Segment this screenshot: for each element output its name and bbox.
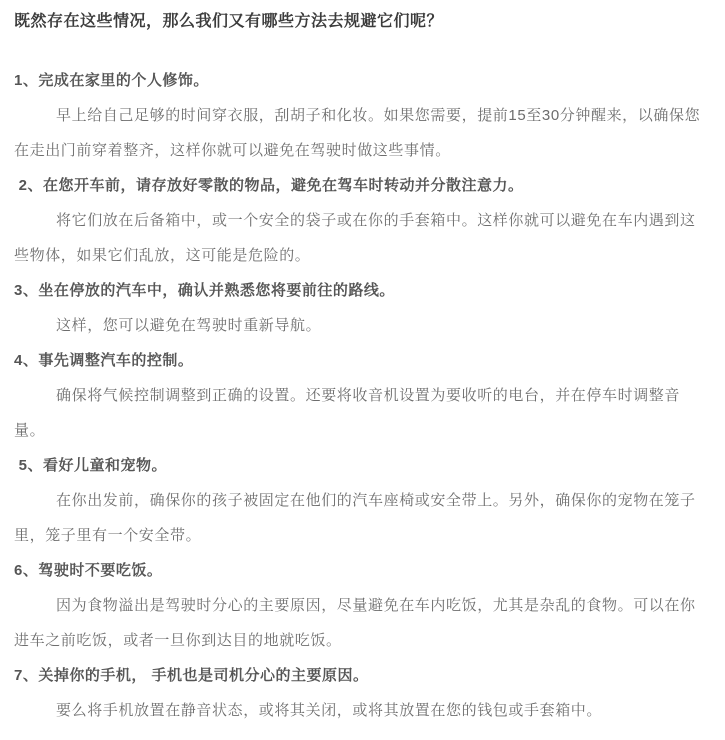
- section-heading: 4、事先调整汽车的控制。: [14, 343, 707, 378]
- section-heading: 2、在您开车前，请存放好零散的物品，避免在驾车时转动并分散注意力。: [14, 168, 707, 203]
- section-heading: 1、完成在家里的个人修饰。: [14, 63, 707, 98]
- section: 7、关掉你的手机， 手机也是司机分心的主要原因。 要么将手机放置在静音状态，或将…: [14, 658, 707, 728]
- section-paragraph: 确保将气候控制调整到正确的设置。还要将收音机设置为要收听的电台，并在停车时调整音…: [14, 378, 707, 448]
- section: 6、驾驶时不要吃饭。 因为食物溢出是驾驶时分心的主要原因，尽量避免在车内吃饭，尤…: [14, 553, 707, 658]
- section-paragraph: 在你出发前，确保你的孩子被固定在他们的汽车座椅或安全带上。另外，确保你的宠物在笼…: [14, 483, 707, 553]
- section-paragraph: 这样，您可以避免在驾驶时重新导航。: [14, 308, 707, 343]
- section-paragraph: 早上给自己足够的时间穿衣服，刮胡子和化妆。如果您需要，提前15至30分钟醒来，以…: [14, 98, 707, 168]
- section-paragraph: 将它们放在后备箱中，或一个安全的袋子或在你的手套箱中。这样你就可以避免在车内遇到…: [14, 203, 707, 273]
- section: 4、事先调整汽车的控制。 确保将气候控制调整到正确的设置。还要将收音机设置为要收…: [14, 343, 707, 448]
- section-heading: 5、看好儿童和宠物。: [14, 448, 707, 483]
- section-list: 1、完成在家里的个人修饰。 早上给自己足够的时间穿衣服，刮胡子和化妆。如果您需要…: [14, 63, 707, 728]
- section-heading: 7、关掉你的手机， 手机也是司机分心的主要原因。: [14, 658, 707, 693]
- section: 3、坐在停放的汽车中，确认并熟悉您将要前往的路线。 这样，您可以避免在驾驶时重新…: [14, 273, 707, 343]
- section: 5、看好儿童和宠物。 在你出发前，确保你的孩子被固定在他们的汽车座椅或安全带上。…: [14, 448, 707, 553]
- section-heading: 3、坐在停放的汽车中，确认并熟悉您将要前往的路线。: [14, 273, 707, 308]
- article-title: 既然存在这些情况，那么我们又有哪些方法去规避它们呢？: [14, 9, 707, 34]
- article: 既然存在这些情况，那么我们又有哪些方法去规避它们呢？ 1、完成在家里的个人修饰。…: [0, 0, 725, 728]
- section-paragraph: 要么将手机放置在静音状态，或将其关闭，或将其放置在您的钱包或手套箱中。: [14, 693, 707, 728]
- section-heading: 6、驾驶时不要吃饭。: [14, 553, 707, 588]
- section: 2、在您开车前，请存放好零散的物品，避免在驾车时转动并分散注意力。 将它们放在后…: [14, 168, 707, 273]
- section: 1、完成在家里的个人修饰。 早上给自己足够的时间穿衣服，刮胡子和化妆。如果您需要…: [14, 63, 707, 168]
- section-paragraph: 因为食物溢出是驾驶时分心的主要原因，尽量避免在车内吃饭，尤其是杂乱的食物。可以在…: [14, 588, 707, 658]
